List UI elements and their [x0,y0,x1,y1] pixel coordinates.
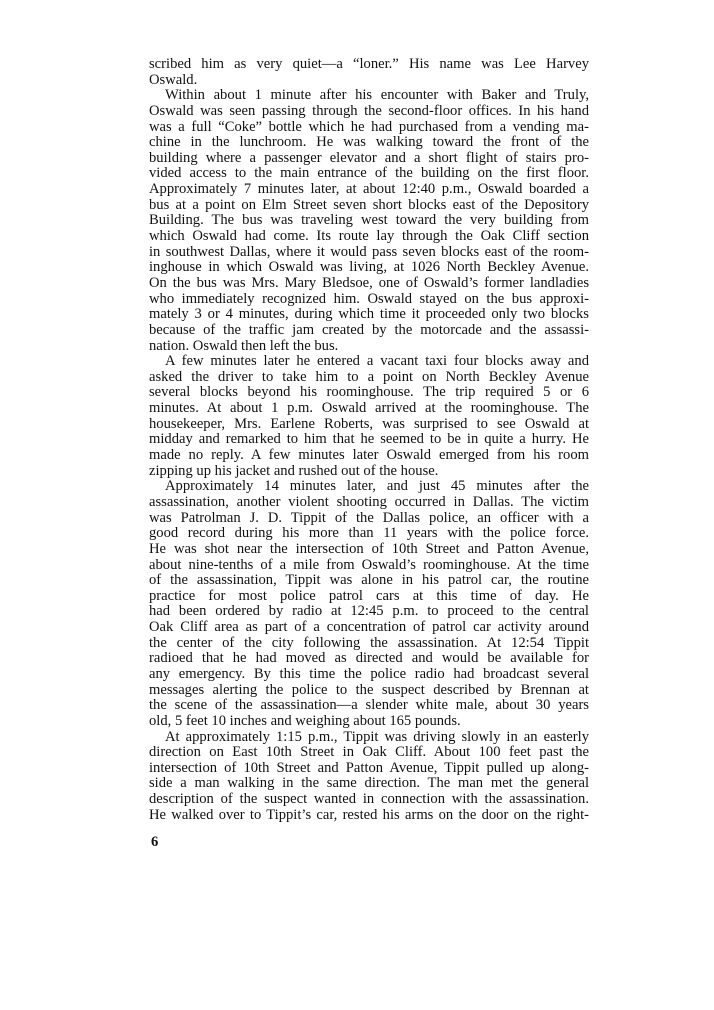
text-line: radioed that he had moved as directed an… [149,651,589,667]
text-line: A few minutes later he entered a vacant … [149,354,589,370]
text-line: any emergency. By this time the police r… [149,667,589,683]
paragraph: Approximately 14 minutes later, and just… [149,479,589,729]
text-line: several blocks beyond his roominghouse. … [149,385,589,401]
text-line: building where a passenger elevator and … [149,151,589,167]
text-line: of the assassination, Tippit was alone i… [149,573,589,589]
text-line: mately 3 or 4 minutes, during which time… [149,307,589,323]
text-line: scribed him as very quiet—a “loner.” His… [149,57,589,73]
text-line: bus at a point on Elm Street seven short… [149,198,589,214]
text-line: good record during his more than 11 year… [149,526,589,542]
text-line: assassination, another violent shooting … [149,495,589,511]
text-line: housekeeper, Mrs. Earlene Roberts, was s… [149,417,589,433]
text-line: asked the driver to take him to a point … [149,370,589,386]
text-line: He walked over to Tippit’s car, rested h… [149,808,589,824]
text-line: old, 5 feet 10 inches and weighing about… [149,714,589,730]
text-line: Oak Cliff area as part of a concentratio… [149,620,589,636]
text-line: midday and remarked to him that he seeme… [149,432,589,448]
text-line: Building. The bus was traveling west tow… [149,213,589,229]
text-line: because of the traffic jam created by th… [149,323,589,339]
paragraph: A few minutes later he entered a vacant … [149,354,589,479]
text-line: Approximately 7 minutes later, at about … [149,182,589,198]
text-line: the center of the city following the ass… [149,636,589,652]
text-line: in southwest Dallas, where it would pass… [149,245,589,261]
paragraph: scribed him as very quiet—a “loner.” His… [149,57,589,88]
text-line: had been ordered by radio at 12:45 p.m. … [149,604,589,620]
text-line: nation. Oswald then left the bus. [149,339,589,355]
text-line: description of the suspect wanted in con… [149,792,589,808]
text-line: vided access to the main entrance of the… [149,166,589,182]
text-line: At approximately 1:15 p.m., Tippit was d… [149,730,589,746]
text-line: intersection of 10th Street and Patton A… [149,761,589,777]
text-line: messages alerting the police to the susp… [149,683,589,699]
text-line: who immediately recognized him. Oswald s… [149,292,589,308]
page-body-text: scribed him as very quiet—a “loner.” His… [149,57,589,823]
text-line: about nine-tenths of a mile from Oswald’… [149,558,589,574]
paragraph: At approximately 1:15 p.m., Tippit was d… [149,730,589,824]
text-line: side a man walking in the same direction… [149,776,589,792]
text-line: He was shot near the intersection of 10t… [149,542,589,558]
text-line: inghouse in which Oswald was living, at … [149,260,589,276]
text-line: made no reply. A few minutes later Oswal… [149,448,589,464]
text-line: Oswald was seen passing through the seco… [149,104,589,120]
text-line: On the bus was Mrs. Mary Bledsoe, one of… [149,276,589,292]
page-number: 6 [151,834,158,851]
text-line: minutes. At about 1 p.m. Oswald arrived … [149,401,589,417]
text-line: practice for most police patrol cars at … [149,589,589,605]
paragraph: Within about 1 minute after his encounte… [149,88,589,354]
text-line: direction on East 10th Street in Oak Cli… [149,745,589,761]
text-line: was a full “Coke” bottle which he had pu… [149,120,589,136]
text-line: Within about 1 minute after his encounte… [149,88,589,104]
text-line: Approximately 14 minutes later, and just… [149,479,589,495]
text-line: Oswald. [149,73,589,89]
text-line: the scene of the assassination—a slender… [149,698,589,714]
text-line: which Oswald had come. Its route lay thr… [149,229,589,245]
text-line: was Patrolman J. D. Tippit of the Dallas… [149,511,589,527]
text-line: zipping up his jacket and rushed out of … [149,464,589,480]
text-line: chine in the lunchroom. He was walking t… [149,135,589,151]
